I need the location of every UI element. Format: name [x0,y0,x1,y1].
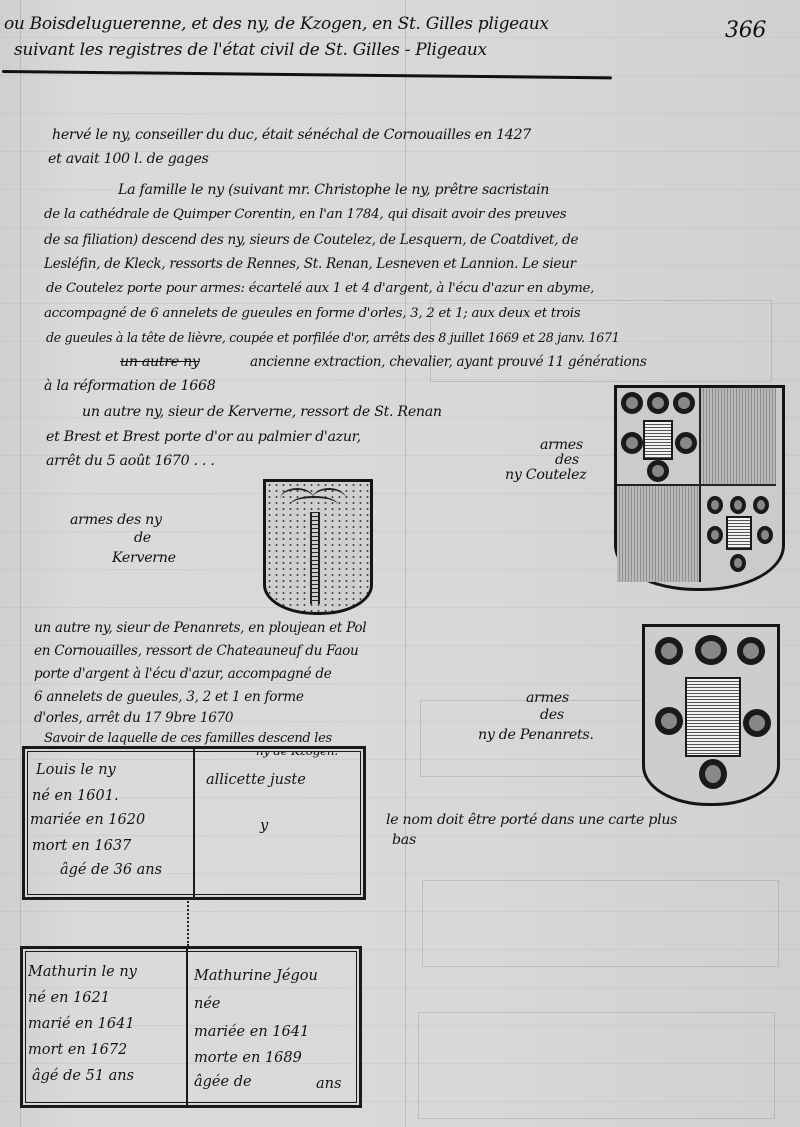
annulet-icon [730,554,746,572]
struck-text: un autre ny [120,354,200,370]
husband-birth: né en 1621 [28,990,110,1006]
arms-penanrets-label-2: des [540,707,564,723]
famille-line-6: accompagné de 6 annelets de gueules en f… [44,306,580,321]
coat-of-arms-kerverne [263,479,373,615]
penanrets-line-5: d'orles, arrêt du 17 9bre 1670 [34,710,233,726]
quarter-argent [701,486,776,582]
famille-line-2: de la cathédrale de Quimper Corentin, en… [44,207,566,222]
header-title-line-2: suivant les registres de l'état civil de… [14,40,487,60]
coat-of-arms-penanrets [642,624,780,806]
lineage-connector [187,898,193,946]
annulet-icon [695,635,727,665]
annulet-icon [753,496,769,514]
famille-line-9: à la réformation de 1668 [44,378,215,394]
penanrets-line-1: un autre ny, sieur de Penanrets, en plou… [34,620,366,636]
palm-leaf-icon [290,496,338,514]
quarter-argent [617,388,701,486]
annulet-icon [707,526,723,544]
bleed-through-box [422,880,779,967]
wife-age: âgée de [194,1074,252,1090]
annulet-icon [647,460,669,482]
husband-death: mort en 1637 [32,838,131,854]
annulet-icon [647,392,669,414]
arms-kerverne-label-1: armes des ny [70,512,162,528]
intro-line-2: et avait 100 l. de gages [48,151,209,167]
famille-line-7: de gueules à la tête de lièvre, coupée e… [46,330,619,345]
famille-line-8: ancienne extraction, chevalier, ayant pr… [250,354,647,370]
coat-of-arms-coutelez [614,385,785,591]
wife-name: Mathurine Jégou [194,968,318,984]
famille-line-3: de sa filiation) descend des ny, sieurs … [44,232,578,248]
header-rule [2,70,612,79]
husband-name: Mathurin le ny [28,964,137,980]
penanrets-line-3: porte d'argent à l'écu d'azur, accompagn… [34,666,331,682]
kerverne-line-2: et Brest et Brest porte d'or au palmier … [46,429,361,445]
box-divider [186,949,188,1105]
wife-age-unit: ans [316,1076,341,1092]
escutcheon-icon [726,516,752,550]
arms-coutelez-label-2: des [555,452,579,468]
quarter-hare-head-icon [617,486,701,582]
arms-coutelez-label-1: armes [540,437,583,453]
arms-kerverne-label-2: de [134,530,151,546]
wife-birth: née [194,996,221,1012]
bleed-through-box [418,1012,775,1119]
arms-kerverne-label-3: Kerverne [112,550,176,566]
penanrets-line-2: en Cornouailles, ressort de Chateauneuf … [34,643,359,659]
annulet-icon [621,432,643,454]
annulet-icon [737,637,765,665]
husband-age: âgé de 36 ans [60,862,162,878]
wife-death: morte en 1689 [194,1050,302,1066]
wife-mark: y [260,818,268,834]
escutcheon-icon [643,420,673,460]
famille-line-5: de Coutelez porte pour armes: écartelé a… [46,281,594,296]
annulet-icon [707,496,723,514]
intro-line-1: hervé le ny, conseiller du duc, était sé… [52,127,531,143]
husband-marriage: marié en 1641 [28,1016,135,1032]
wife-name: allicette juste [206,772,306,788]
kerverne-line-3: arrêt du 5 août 1670 . . . [46,453,215,469]
famille-line-4: Lesléfin, de Kleck, ressorts de Rennes, … [44,256,576,272]
annulet-icon [673,392,695,414]
husband-birth: né en 1601. [32,788,119,804]
annulet-icon [655,637,683,665]
quarter-hare-head-icon [701,388,776,486]
husband-marriage: mariée en 1620 [30,812,145,828]
annulet-icon [743,709,771,737]
annulet-icon [757,526,773,544]
annulet-icon [699,759,727,789]
manuscript-page: ou Boisdeluguerenne, et des ny, de Kzoge… [0,0,800,1127]
famille-line-1: La famille le ny (suivant mr. Christophe… [118,182,549,198]
annulet-icon [621,392,643,414]
penanrets-line-4: 6 annelets de gueules, 3, 2 et 1 en form… [34,689,304,705]
box-divider [193,749,195,897]
header-title-line-1: ou Boisdeluguerenne, et des ny, de Kzoge… [4,14,549,34]
husband-age: âgé de 51 ans [32,1068,134,1084]
annulet-icon [675,432,697,454]
husband-name: Louis le ny [36,762,116,778]
arms-penanrets-label-1: armes [526,690,569,706]
husband-death: mort en 1672 [28,1042,127,1058]
escutcheon-icon [685,677,741,757]
wife-marriage: mariée en 1641 [194,1024,309,1040]
name-note-line-1: le nom doit être porté dans une carte pl… [386,812,677,828]
annulet-icon [730,496,746,514]
margin-rule [405,0,406,1127]
name-note-line-2: bas [392,832,416,848]
arms-coutelez-label-3: ny Coutelez [505,467,586,483]
kerverne-line-1: un autre ny, sieur de Kerverne, ressort … [82,404,442,420]
arms-penanrets-label-3: ny de Penanrets. [478,727,594,743]
annulet-icon [655,707,683,735]
page-number: 366 [725,18,766,43]
palm-tree-icon [310,512,320,604]
